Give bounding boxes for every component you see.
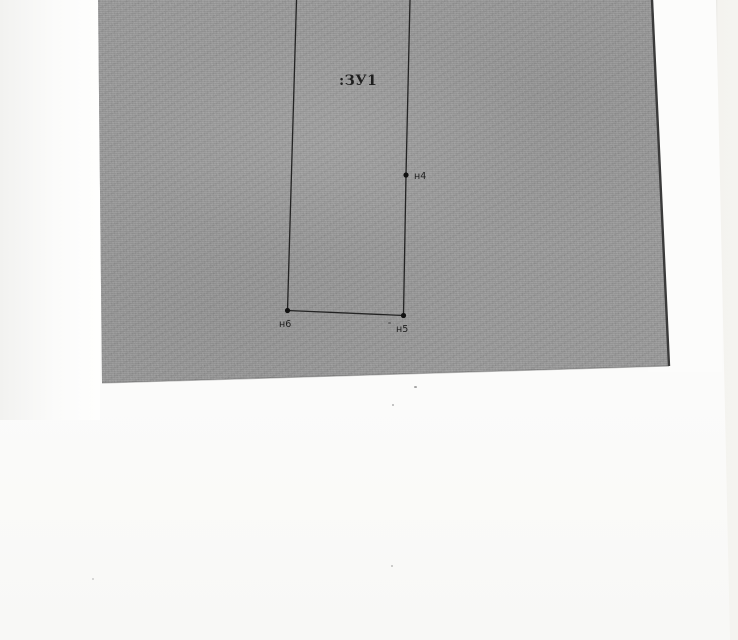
parcel-boundary-edge: [406, 0, 410, 175]
vertex-dot: [403, 172, 408, 177]
scan-speck: [391, 565, 393, 567]
scan-bottom-edge-line: [102, 366, 669, 383]
scan-speck: [414, 386, 417, 388]
parcel-boundary-edge: [404, 175, 407, 316]
parcel-boundary-group: н4н5н6: [279, 0, 426, 335]
parcel-boundary-edge: [288, 0, 297, 311]
scan-speck: [388, 322, 391, 324]
scan-right-edge-line: [652, 0, 669, 366]
survey-plan-svg: н4н5н6: [0, 0, 738, 640]
scan-speck: [92, 578, 94, 580]
vertex-label: н5: [396, 324, 408, 335]
vertex-label: н6: [279, 319, 291, 330]
scanned-document-page: { "page": { "background_color": "#fbfbfa…: [0, 0, 738, 640]
parcel-boundary-edge: [288, 311, 404, 316]
vertex-dot: [285, 308, 290, 313]
vertex-dot: [401, 313, 406, 318]
parcel-label: :ЗУ1: [339, 73, 377, 89]
vertex-label: н4: [414, 171, 426, 182]
scan-speck: [392, 404, 394, 406]
